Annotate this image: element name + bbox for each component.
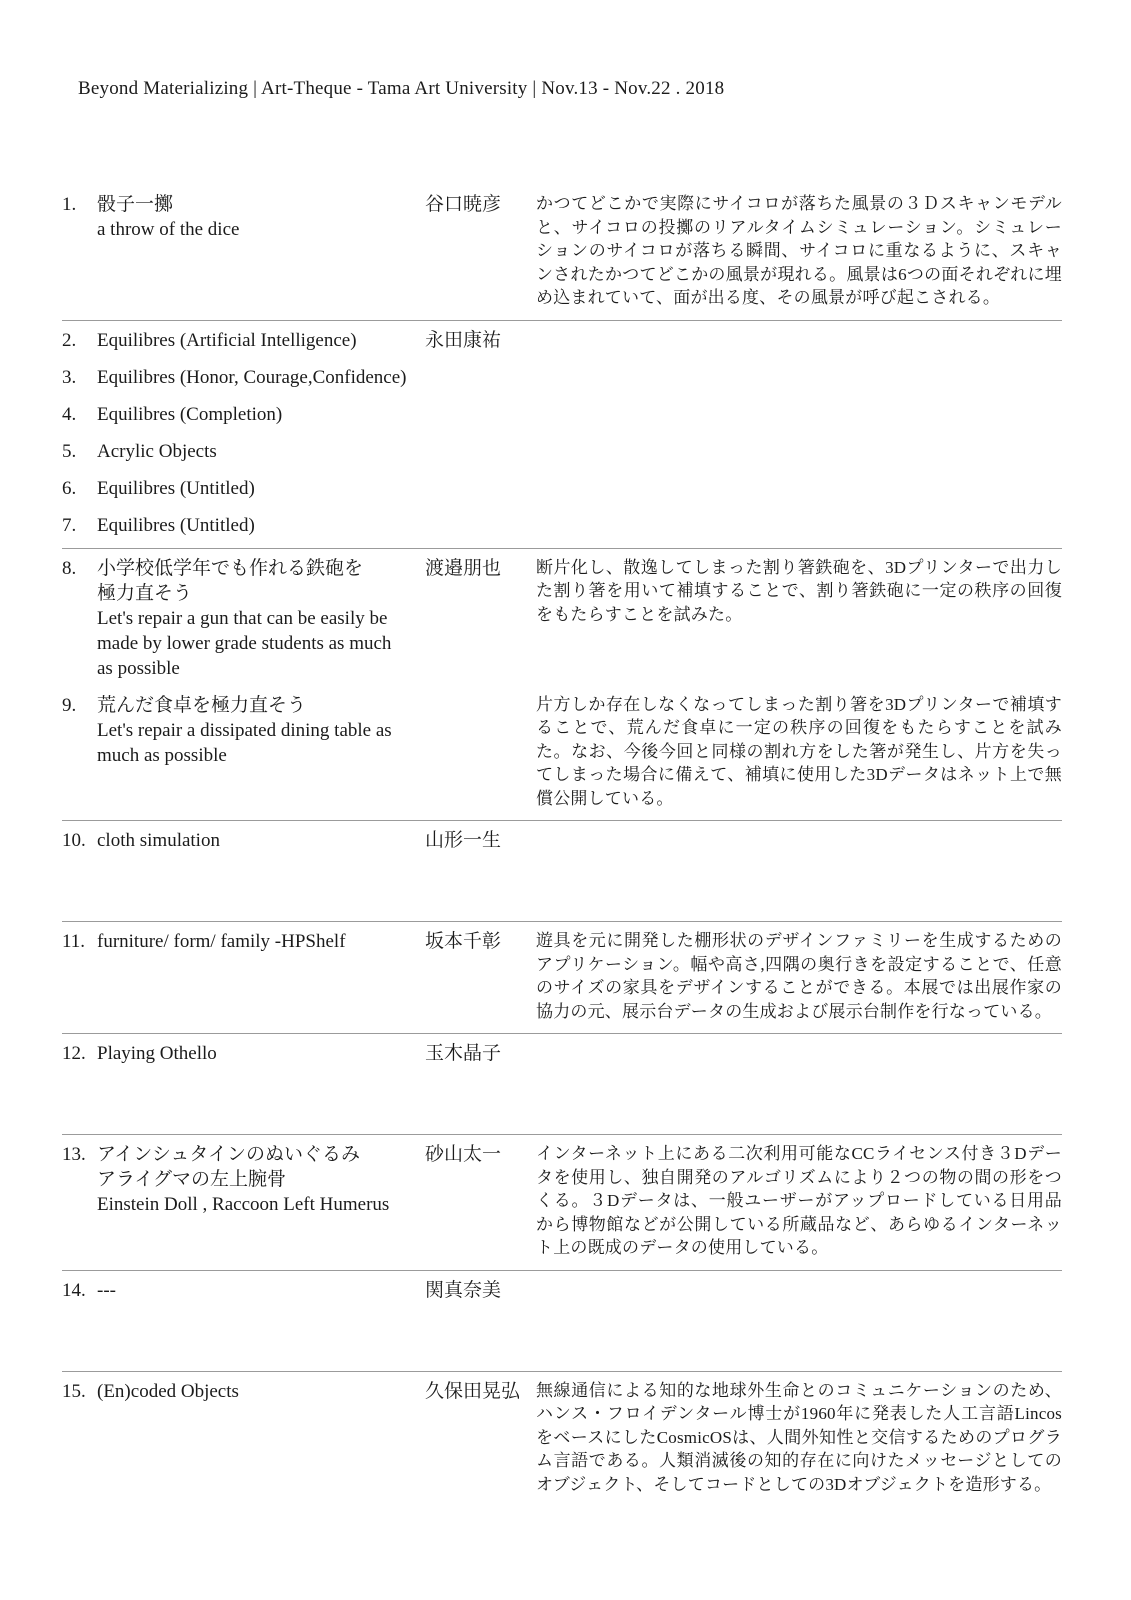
exhibit-section: 8. 小学校低学年でも作れる鉄砲を極力直そうLet's repair a gun…	[62, 548, 1062, 821]
item-number: 15.	[62, 1379, 97, 1404]
item-title: Equilibres (Untitled)	[97, 476, 425, 501]
item-title-line: Equilibres (Untitled)	[97, 476, 411, 501]
item-title: アインシュタインのぬいぐるみアライグマの左上腕骨Einstein Doll , …	[97, 1142, 425, 1217]
item-description: 断片化し、散逸してしまった割り箸鉄砲を、3Dプリンターで出力した割り箸を用いて補…	[536, 556, 1062, 627]
item-number: 4.	[62, 402, 97, 427]
exhibit-section: 14. --- 関真奈美	[62, 1270, 1062, 1371]
item-description: 遊具を元に開発した棚形状のデザインファミリーを生成するためのアプリケーション。幅…	[536, 929, 1062, 1023]
item-title: Equilibres (Artificial Intelligence)	[97, 328, 425, 353]
page-header: Beyond Materializing | Art-Theque - Tama…	[0, 0, 1131, 101]
item-title: Acrylic Objects	[97, 439, 425, 464]
item-artist: 山形一生	[425, 828, 536, 853]
item-title: (En)coded Objects	[97, 1379, 425, 1404]
list-item: 4. Equilibres (Completion)	[62, 402, 1062, 427]
item-title: Equilibres (Untitled)	[97, 513, 425, 538]
item-number: 14.	[62, 1278, 97, 1303]
exhibit-section: 1. 骰子一擲a throw of the dice 谷口暁彦 かつてどこかで実…	[62, 185, 1062, 320]
exhibit-section: 2. Equilibres (Artificial Intelligence) …	[62, 320, 1062, 548]
exhibit-list: 1. 骰子一擲a throw of the dice 谷口暁彦 かつてどこかで実…	[62, 185, 1062, 1506]
item-number: 11.	[62, 929, 97, 954]
item-title: Playing Othello	[97, 1041, 425, 1066]
exhibit-section: 15. (En)coded Objects 久保田晃弘 無線通信による知的な地球…	[62, 1371, 1062, 1507]
item-title: furniture/ form/ family -HPShelf	[97, 929, 425, 954]
item-number: 7.	[62, 513, 97, 538]
item-title-line: Equilibres (Honor, Courage,Confidence)	[97, 365, 411, 390]
item-title-line: 荒んだ食卓を極力直そう	[97, 693, 411, 718]
item-description: 無線通信による知的な地球外生命とのコミュニケーションのため、ハンス・フロイデンタ…	[536, 1379, 1062, 1497]
item-artist: 玉木晶子	[425, 1041, 536, 1066]
item-number: 13.	[62, 1142, 97, 1167]
item-title: cloth simulation	[97, 828, 425, 853]
exhibit-section: 10. cloth simulation 山形一生	[62, 820, 1062, 921]
item-title-line: Equilibres (Untitled)	[97, 513, 411, 538]
item-number: 10.	[62, 828, 97, 853]
item-title-line: 小学校低学年でも作れる鉄砲を	[97, 556, 411, 581]
item-number: 3.	[62, 365, 97, 390]
item-artist: 渡邉朋也	[425, 556, 536, 581]
item-title-line: アインシュタインのぬいぐるみ	[97, 1142, 411, 1167]
item-title: 小学校低学年でも作れる鉄砲を極力直そうLet's repair a gun th…	[97, 556, 425, 681]
item-title-line: ---	[97, 1278, 411, 1303]
item-title-line: アライグマの左上腕骨	[97, 1167, 411, 1192]
list-item: 11. furniture/ form/ family -HPShelf 坂本千…	[62, 929, 1062, 1023]
item-title-line: Acrylic Objects	[97, 439, 411, 464]
item-artist: 谷口暁彦	[425, 192, 536, 217]
item-number: 8.	[62, 556, 97, 581]
item-title-line: a throw of the dice	[97, 217, 411, 242]
item-number: 1.	[62, 192, 97, 217]
item-artist: 久保田晃弘	[425, 1379, 536, 1404]
item-title-line: (En)coded Objects	[97, 1379, 411, 1404]
list-item: 8. 小学校低学年でも作れる鉄砲を極力直そうLet's repair a gun…	[62, 556, 1062, 681]
item-title-line: Playing Othello	[97, 1041, 411, 1066]
list-item: 5. Acrylic Objects	[62, 439, 1062, 464]
list-item: 13. アインシュタインのぬいぐるみアライグマの左上腕骨Einstein Dol…	[62, 1142, 1062, 1260]
item-artist: 坂本千彰	[425, 929, 536, 954]
item-description: 片方しか存在しなくなってしまった割り箸を3Dプリンターで補填することで、荒んだ食…	[536, 693, 1062, 811]
item-title-line: Einstein Doll , Raccoon Left Humerus	[97, 1192, 411, 1217]
item-number: 2.	[62, 328, 97, 353]
list-item: 10. cloth simulation 山形一生	[62, 828, 1062, 853]
item-title-line: 極力直そう	[97, 581, 411, 606]
exhibit-section: 13. アインシュタインのぬいぐるみアライグマの左上腕骨Einstein Dol…	[62, 1134, 1062, 1270]
list-item: 1. 骰子一擲a throw of the dice 谷口暁彦 かつてどこかで実…	[62, 192, 1062, 310]
item-number: 6.	[62, 476, 97, 501]
item-title-line: 骰子一擲	[97, 192, 411, 217]
item-title-line: Let's repair a gun that can be easily be…	[97, 606, 411, 681]
item-title: Equilibres (Completion)	[97, 402, 425, 427]
list-item: 15. (En)coded Objects 久保田晃弘 無線通信による知的な地球…	[62, 1379, 1062, 1497]
item-artist: 砂山太一	[425, 1142, 536, 1167]
exhibit-section: 11. furniture/ form/ family -HPShelf 坂本千…	[62, 921, 1062, 1033]
item-title: ---	[97, 1278, 425, 1303]
item-title-line: Equilibres (Completion)	[97, 402, 411, 427]
list-item: 7. Equilibres (Untitled)	[62, 513, 1062, 538]
item-description: インターネット上にある二次利用可能なCCライセンス付き３Dデータを使用し、独自開…	[536, 1142, 1062, 1260]
item-title: 荒んだ食卓を極力直そうLet's repair a dissipated din…	[97, 693, 425, 768]
list-item: 2. Equilibres (Artificial Intelligence) …	[62, 328, 1062, 353]
item-title: Equilibres (Honor, Courage,Confidence)	[97, 365, 425, 390]
item-title-line: furniture/ form/ family -HPShelf	[97, 929, 411, 954]
item-artist: 永田康祐	[425, 328, 536, 353]
item-title-line: Equilibres (Artificial Intelligence)	[97, 328, 411, 353]
item-title-line: Let's repair a dissipated dining table a…	[97, 718, 411, 768]
item-artist: 関真奈美	[425, 1278, 536, 1303]
page-title: Beyond Materializing | Art-Theque - Tama…	[78, 78, 724, 99]
list-item: 3. Equilibres (Honor, Courage,Confidence…	[62, 365, 1062, 390]
list-item: 6. Equilibres (Untitled)	[62, 476, 1062, 501]
item-title-line: cloth simulation	[97, 828, 411, 853]
list-item: 12. Playing Othello 玉木晶子	[62, 1041, 1062, 1066]
exhibit-section: 12. Playing Othello 玉木晶子	[62, 1033, 1062, 1134]
item-number: 9.	[62, 693, 97, 718]
list-item: 14. --- 関真奈美	[62, 1278, 1062, 1303]
list-item: 9. 荒んだ食卓を極力直そうLet's repair a dissipated …	[62, 693, 1062, 811]
item-number: 5.	[62, 439, 97, 464]
item-description: かつてどこかで実際にサイコロが落ちた風景の３Ｄスキャンモデルと、サイコロの投擲の…	[536, 192, 1062, 310]
item-number: 12.	[62, 1041, 97, 1066]
item-title: 骰子一擲a throw of the dice	[97, 192, 425, 242]
